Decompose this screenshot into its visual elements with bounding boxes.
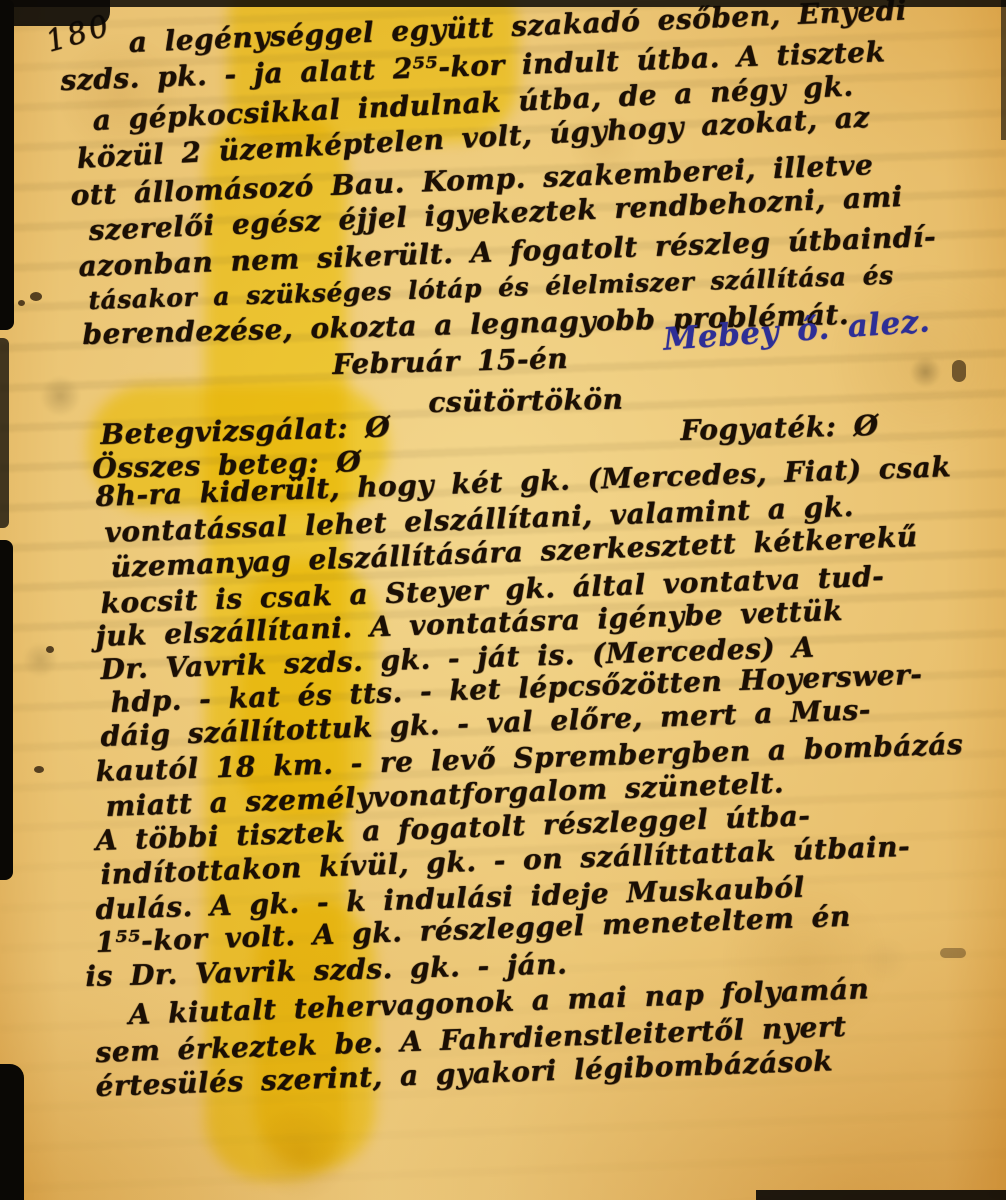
losses-value: Ø <box>853 409 879 443</box>
scan-edge-top <box>0 0 1006 7</box>
scan-edge-bottom-right <box>756 1190 1006 1200</box>
entry-day-heading: csütörtökön <box>428 383 624 419</box>
ink-speck <box>30 292 42 301</box>
entry-date-heading: Február 15-én <box>332 342 569 381</box>
scan-edge-right <box>1001 0 1006 140</box>
ink-speck <box>34 766 44 773</box>
scan-edge-left-middle <box>0 338 9 528</box>
ink-smudge <box>952 360 966 382</box>
losses-label: Fogyaték: <box>680 410 837 447</box>
diary-page-scan: 180 a legénységgel együtt szakadó esőben… <box>0 0 1006 1200</box>
ink-speck <box>18 300 25 306</box>
scan-edge-left-upper <box>0 0 14 330</box>
scan-edge-top-left <box>0 0 110 26</box>
scan-edge-left-lower <box>0 540 13 880</box>
sick-exam-value: Ø <box>365 410 391 444</box>
losses-row: Fogyaték: Ø <box>680 409 879 447</box>
sick-exam-label: Betegvizsgálat: <box>100 412 348 451</box>
scan-edge-bottom-left <box>0 1064 24 1200</box>
ink-speck <box>46 646 54 653</box>
ink-smudge <box>940 948 966 958</box>
